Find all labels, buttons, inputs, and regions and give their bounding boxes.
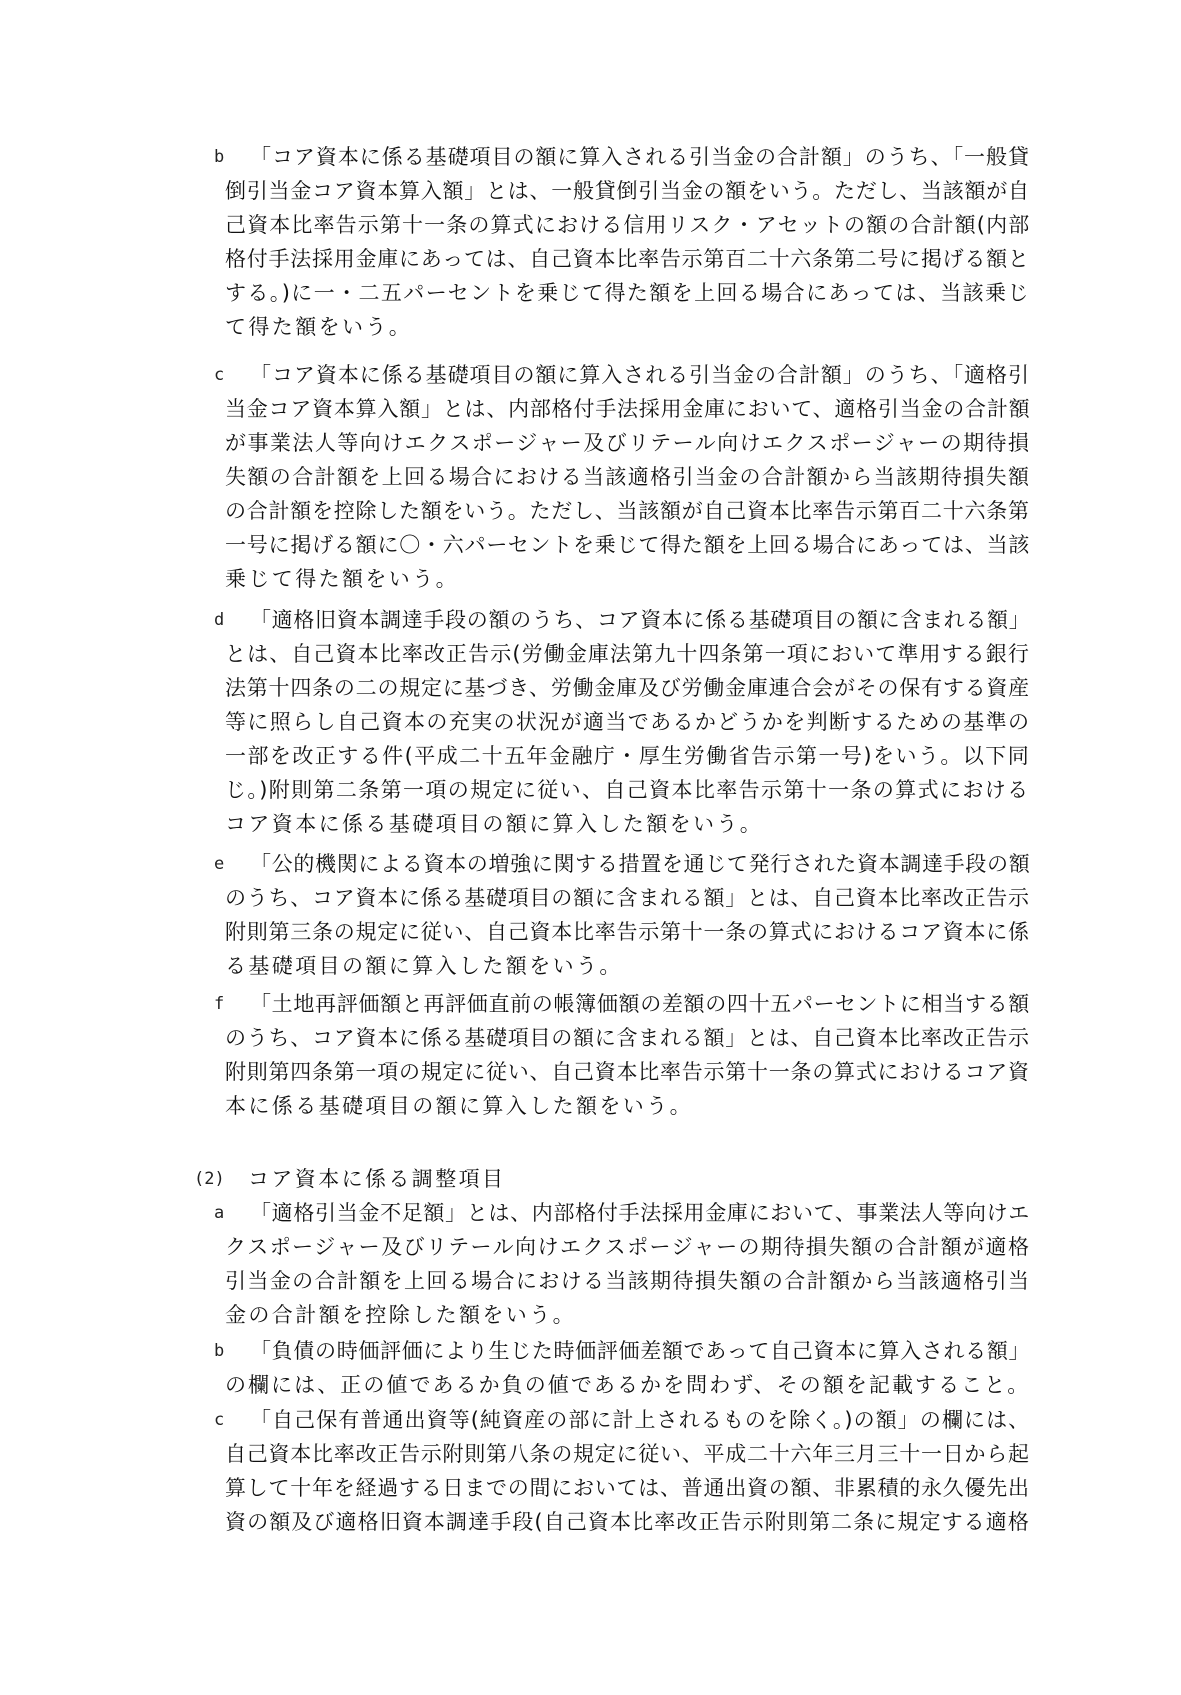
text-line: 「適格旧資本調達手段の額のうち、コア資本に係る基礎項目の額に含まれる額」 [250,603,1030,637]
text-line: が事業法人等向けエクスポージャー及びリテール向けエクスポージャーの期待損 [225,426,1030,460]
text-line: 資の額及び適格旧資本調達手段(自己資本比率改正告示附則第二条に規定する適格 [225,1505,1030,1539]
text-line: 附則第四条第一項の規定に従い、自己資本比率告示第十一条の算式におけるコア資 [225,1055,1030,1089]
item-marker: e [214,847,224,881]
item-marker: b [214,140,224,174]
section-number: (2) [194,1162,225,1196]
text-line: 「土地再評価額と再評価直前の帳簿価額の差額の四十五パーセントに相当する額 [250,987,1030,1021]
text-line: とは、自己資本比率改正告示(労働金庫法第九十四条第一項において準用する銀行 [225,637,1030,671]
text-line: 一号に掲げる額に〇・六パーセントを乗じて得た額を上回る場合にあっては、当該 [225,528,1030,562]
text-line: 附則第三条の規定に従い、自己資本比率告示第十一条の算式におけるコア資本に係 [225,915,1030,949]
text-line: 格付手法採用金庫にあっては、自己資本比率告示第百二十六条第二号に掲げる額と [225,242,1030,276]
text-line: る基礎項目の額に算入した額をいう。 [225,949,623,983]
text-line: 「コア資本に係る基礎項目の額に算入される引当金の合計額」のうち、「適格引 [250,358,1030,392]
text-line: 「コア資本に係る基礎項目の額に算入される引当金の合計額」のうち、「一般貸 [250,140,1030,174]
text-line: 当金コア資本算入額」とは、内部格付手法採用金庫において、適格引当金の合計額 [225,392,1030,426]
text-line: 本に係る基礎項目の額に算入した額をいう。 [225,1089,693,1123]
text-line: じ。)附則第二条第一項の規定に従い、自己資本比率告示第十一条の算式における [225,773,1030,807]
document-page: b 「コア資本に係る基礎項目の額に算入される引当金の合計額」のうち、「一般貸 倒… [0,0,1181,1695]
text-line: 「自己保有普通出資等(純資産の部に計上されるものを除く。)の額」の欄には、 [250,1403,1030,1437]
text-line: 引当金の合計額を上回る場合における当該期待損失額の合計額から当該適格引当 [225,1264,1030,1298]
text-line: 金の合計額を控除した額をいう。 [225,1298,576,1332]
item-marker: a [214,1196,224,1230]
text-line: て得た額をいう。 [225,310,412,344]
text-line: 「適格引当金不足額」とは、内部格付手法採用金庫において、事業法人等向けエ [250,1196,1030,1230]
text-line: のうち、コア資本に係る基礎項目の額に含まれる額」とは、自己資本比率改正告示 [225,1021,1030,1055]
text-line: 自己資本比率改正告示附則第八条の規定に従い、平成二十六年三月三十一日から起 [225,1437,1030,1471]
text-line: の欄には、正の値であるか負の値であるかを問わず、その額を記載すること。 [225,1368,1030,1402]
text-line: のうち、コア資本に係る基礎項目の額に含まれる額」とは、自己資本比率改正告示 [225,881,1030,915]
text-line: 算して十年を経過する日までの間においては、普通出資の額、非累積的永久優先出 [225,1471,1030,1505]
item-marker: c [214,1403,224,1437]
text-line: クスポージャー及びリテール向けエクスポージャーの期待損失額の合計額が適格 [225,1230,1030,1264]
text-line: 法第十四条の二の規定に基づき、労働金庫及び労働金庫連合会がその保有する資産 [225,671,1030,705]
section-title: コア資本に係る調整項目 [248,1162,505,1196]
text-line: する。)に一・二五パーセントを乗じて得た額を上回る場合にあっては、当該乗じ [225,276,1030,310]
text-line: の合計額を控除した額をいう。ただし、当該額が自己資本比率告示第百二十六条第 [225,494,1030,528]
text-line: 「公的機関による資本の増強に関する措置を通じて発行された資本調達手段の額 [250,847,1030,881]
text-line: 己資本比率告示第十一条の算式における信用リスク・アセットの額の合計額(内部 [225,208,1030,242]
item-marker: b [214,1334,224,1368]
item-marker: f [214,987,224,1021]
text-line: 乗じて得た額をいう。 [225,562,459,596]
text-line: コア資本に係る基礎項目の額に算入した額をいう。 [225,807,763,841]
item-marker: d [214,603,224,637]
text-line: 等に照らし自己資本の充実の状況が適当であるかどうかを判断するための基準の [225,705,1030,739]
text-line: 失額の合計額を上回る場合における当該適格引当金の合計額から当該期待損失額 [225,460,1030,494]
text-line: 一部を改正する件(平成二十五年金融庁・厚生労働省告示第一号)をいう。以下同 [225,739,1030,773]
item-marker: c [214,358,224,392]
text-line: 「負債の時価評価により生じた時価評価差額であって自己資本に算入される額」 [250,1334,1030,1368]
text-line: 倒引当金コア資本算入額」とは、一般貸倒引当金の額をいう。ただし、当該額が自 [225,174,1030,208]
